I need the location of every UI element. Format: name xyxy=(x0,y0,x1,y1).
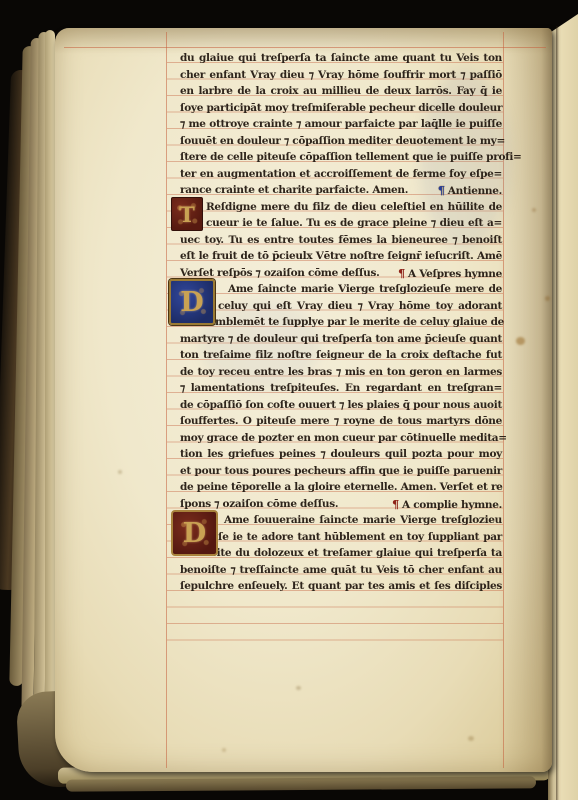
facing-page-edge xyxy=(548,0,578,800)
stain xyxy=(118,470,122,474)
text-line: ſepulchre enſeuely. Et quant par tes ami… xyxy=(180,578,502,595)
pilcrow-mark: ¶ xyxy=(392,497,399,511)
filigree-decoration xyxy=(174,200,200,228)
illuminated-initial: D xyxy=(171,510,218,556)
text-line: eſt le fruit de tō p̄cieulx Vētre noſtre… xyxy=(180,248,502,265)
text-line: ſpons ⁊ ozaiſon cōme deſſus.¶A complie h… xyxy=(180,496,502,513)
text-line: ⁊ me ottroye crainte ⁊ amour parfaicte p… xyxy=(180,116,502,133)
text-line: Reſdigne mere du filz de dieu celeſtiel … xyxy=(180,199,502,216)
text-segment: rance crainte et charite parfaicte. Amen… xyxy=(180,182,408,199)
stain xyxy=(468,736,474,741)
page-edge xyxy=(45,30,55,768)
text-segment: A Veſpres hymne xyxy=(408,268,502,280)
text-segment: A complie hymne. xyxy=(402,499,502,511)
text-line: benoiſte ⁊ treſſaincte ame quāt tu Veis … xyxy=(180,562,502,579)
text-line: Verſet reſpōs ⁊ ozaiſon cōme deſſus.¶A V… xyxy=(180,265,502,282)
text-line: martyre ⁊ de douleur qui treſperſa ton a… xyxy=(180,331,502,348)
text-line: de toy receu entre les bras ⁊ mis en ton… xyxy=(180,364,502,381)
text-line: ſouffertes. O piteuſe mere ⁊ royne de to… xyxy=(180,413,502,430)
page-edge-stack-bottom xyxy=(66,776,536,791)
rubric-segment: ¶Antienne. xyxy=(438,182,502,199)
text-line: ſtere de celle piteuſe cōpaſſion telleme… xyxy=(180,149,502,166)
text-line: et pour tous poures pecheurs affin que i… xyxy=(180,463,502,480)
text-line: du glaiue qui treſperſa ta ſaincte ame q… xyxy=(180,50,502,67)
text-line: de peine tēporelle a la gloire eternelle… xyxy=(180,479,502,496)
rubric-segment: ¶A Veſpres hymne xyxy=(398,265,502,282)
gutter-crease xyxy=(556,26,559,800)
text-line: ⁊ lamentations treſpiteuſes. En regardan… xyxy=(180,380,502,397)
stain xyxy=(532,208,536,212)
text-segment: Antienne. xyxy=(448,185,502,197)
text-line: uec toy. Tu es entre toutes fēmes la bie… xyxy=(180,232,502,249)
pilcrow-mark: ¶ xyxy=(398,266,405,280)
filigree-decoration xyxy=(175,514,214,552)
text-line: le merite du dolozeux et treſamer glaiue… xyxy=(180,545,502,562)
text-line: moy grace de pozter en mon cueur par cōt… xyxy=(180,430,502,447)
text-line: cher enfant Vray dieu ⁊ Vray hōme ſouffr… xyxy=(180,67,502,84)
text-line: ter en augmentation et accroiſſement de … xyxy=(180,166,502,183)
text-line: ſoye participāt moy treſmiſerable pecheu… xyxy=(180,100,502,117)
ruling-line-top xyxy=(64,47,546,48)
stain xyxy=(516,337,525,345)
book-photo: du glaiue qui treſperſa ta ſaincte ame q… xyxy=(0,0,578,800)
illuminated-initial: D xyxy=(169,279,215,325)
text-block: du glaiue qui treſperſa ta ſaincte ame q… xyxy=(180,50,502,595)
stain xyxy=(545,296,550,301)
stain xyxy=(222,748,226,752)
illuminated-initial: T xyxy=(171,197,203,231)
text-line: treſhumblemēt te ſupplye par le merite d… xyxy=(180,314,502,331)
text-line: tion les griefues peines ⁊ douleurs quil… xyxy=(180,446,502,463)
rubric-segment: ¶A complie hymne. xyxy=(392,496,502,513)
text-line: Ame ſouueraine ſaincte marie Vierge treſ… xyxy=(180,512,502,529)
stain xyxy=(296,686,301,690)
text-line: ſouuēt en douleur ⁊ cōpaſſion mediter de… xyxy=(180,133,502,150)
text-line: de cōpaſſiō ſon coſte ouuert ⁊ les plaie… xyxy=(180,397,502,414)
text-line: ton treſaime filz noſtre ſeigneur de la … xyxy=(180,347,502,364)
text-line: en larbre de la croix au millieu de deux… xyxy=(180,83,502,100)
text-line: cueur ie te ſalue. Tu es de grace pleine… xyxy=(180,215,502,232)
text-line: Ame ſaincte marie Vierge treſglozieuſe m… xyxy=(180,281,502,298)
text-line: celuy qui eſt Vray dieu ⁊ Vray hōme toy … xyxy=(180,298,502,315)
text-line: ſe ie te adore tant hūblement en toy ſup… xyxy=(180,529,502,546)
text-line: rance crainte et charite parfaicte. Amen… xyxy=(180,182,502,199)
pilcrow-mark: ¶ xyxy=(438,183,445,197)
filigree-decoration xyxy=(173,283,211,321)
